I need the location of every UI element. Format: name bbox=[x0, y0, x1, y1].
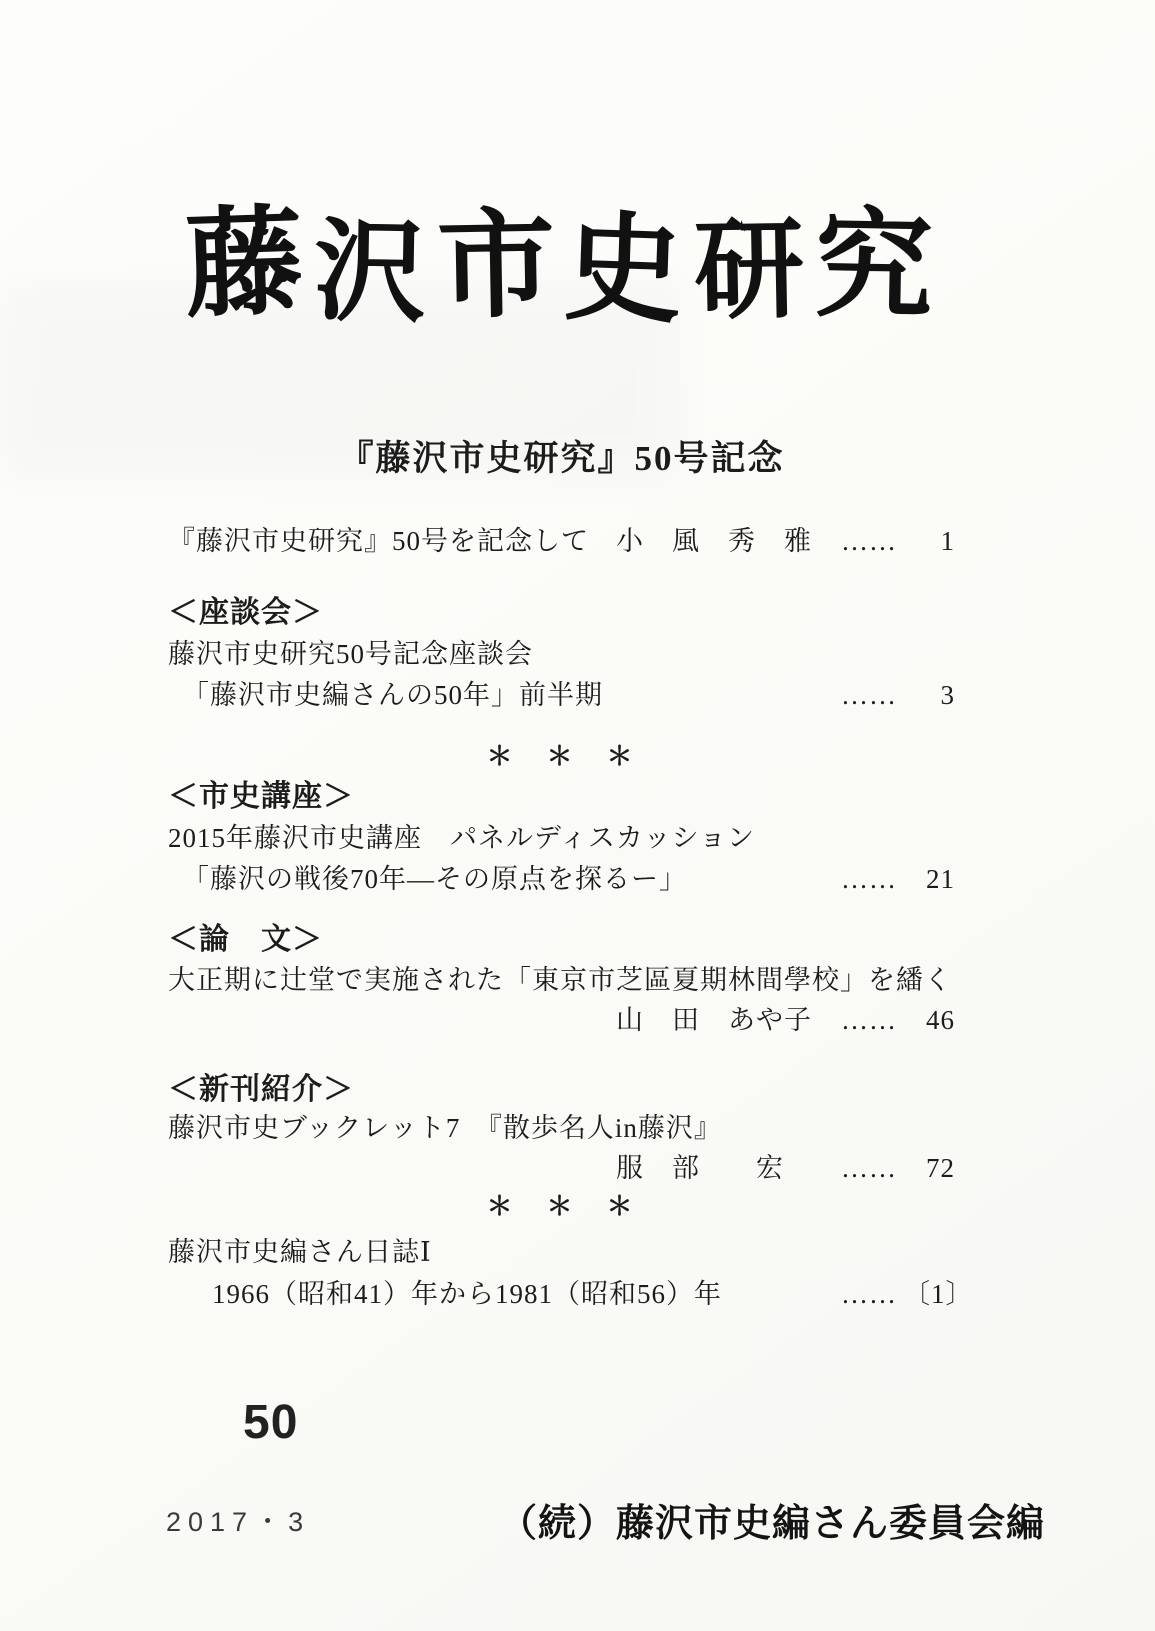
section-header-ronbun: ＜論 文＞ bbox=[168, 919, 955, 961]
dot-leader: …… bbox=[841, 1273, 903, 1315]
issue-number: 50 bbox=[243, 1395, 298, 1450]
section-header-shishikoza: ＜市史講座＞ bbox=[168, 776, 955, 818]
toc-entry: 『藤沢市史研究』50号を記念して 小 風 秀 雅 …… 1 bbox=[168, 520, 955, 562]
dot-leader: …… bbox=[841, 1147, 903, 1189]
dot-leader: …… bbox=[841, 674, 903, 716]
publication-date: 2017・3 bbox=[166, 1500, 310, 1539]
section-header-zadankai: ＜座談会＞ bbox=[168, 592, 955, 634]
entry-title: 「藤沢の戦後70年―その原点を探るー」 bbox=[168, 858, 841, 900]
asterisk-separator: ＊ ＊ ＊ bbox=[168, 1186, 955, 1228]
toc-entry-line: 藤沢市史編さん日誌Ⅰ bbox=[168, 1231, 955, 1273]
page-number: 3 bbox=[903, 674, 955, 716]
toc-entry: 「藤沢の戦後70年―その原点を探るー」 …… 21 bbox=[168, 858, 955, 900]
entry-author: 服 部 宏 bbox=[616, 1147, 841, 1189]
journal-cover-page: 藤 沢 市 史 研 究 『藤沢市史研究』50号記念 『藤沢市史研究』50号を記念… bbox=[0, 0, 1155, 1631]
entry-title: 『藤沢市史研究』50号を記念して bbox=[168, 520, 616, 562]
entry-author: 山 田 あや子 bbox=[616, 999, 841, 1041]
toc-entry-line: 藤沢市史研究50号記念座談会 bbox=[168, 633, 955, 675]
page-number: 46 bbox=[903, 999, 955, 1041]
toc-entry: 「藤沢市史編さんの50年」前半期 …… 3 bbox=[168, 674, 955, 716]
toc-author-line: 山 田 あや子 …… 46 bbox=[168, 999, 955, 1041]
dot-leader: …… bbox=[841, 520, 903, 562]
publisher-name: （続）藤沢市史編さん委員会編 bbox=[499, 1492, 1045, 1547]
page-number: 1 bbox=[903, 520, 955, 562]
page-number: 72 bbox=[903, 1147, 955, 1189]
entry-author: 小 風 秀 雅 bbox=[616, 520, 841, 562]
table-of-contents: 『藤沢市史研究』50号記念 『藤沢市史研究』50号を記念して 小 風 秀 雅 …… bbox=[168, 0, 955, 1631]
section-header-shinkan: ＜新刊紹介＞ bbox=[168, 1069, 955, 1111]
toc-author-line: 服 部 宏 …… 72 bbox=[168, 1147, 955, 1189]
toc-entry: 1966（昭和41）年から1981（昭和56）年 …… 〔1〕 bbox=[168, 1273, 955, 1315]
toc-entry-line: 2015年藤沢市史講座 パネルディスカッション bbox=[168, 817, 955, 859]
page-number: 21 bbox=[903, 858, 955, 900]
asterisk-separator: ＊ ＊ ＊ bbox=[168, 736, 955, 778]
dot-leader: …… bbox=[841, 999, 903, 1041]
entry-title: 1966（昭和41）年から1981（昭和56）年 bbox=[168, 1273, 841, 1315]
entry-title: 「藤沢市史編さんの50年」前半期 bbox=[168, 674, 841, 716]
dot-leader: …… bbox=[841, 858, 903, 900]
issue-subtitle: 『藤沢市史研究』50号記念 bbox=[168, 438, 955, 480]
toc-entry-line: 大正期に辻堂で実施された「東京市芝區夏期林間學校」を繙く bbox=[168, 959, 955, 1001]
page-number: 〔1〕 bbox=[903, 1273, 955, 1315]
toc-entry-line: 藤沢市史ブックレット7 『散歩名人in藤沢』 bbox=[168, 1107, 955, 1149]
